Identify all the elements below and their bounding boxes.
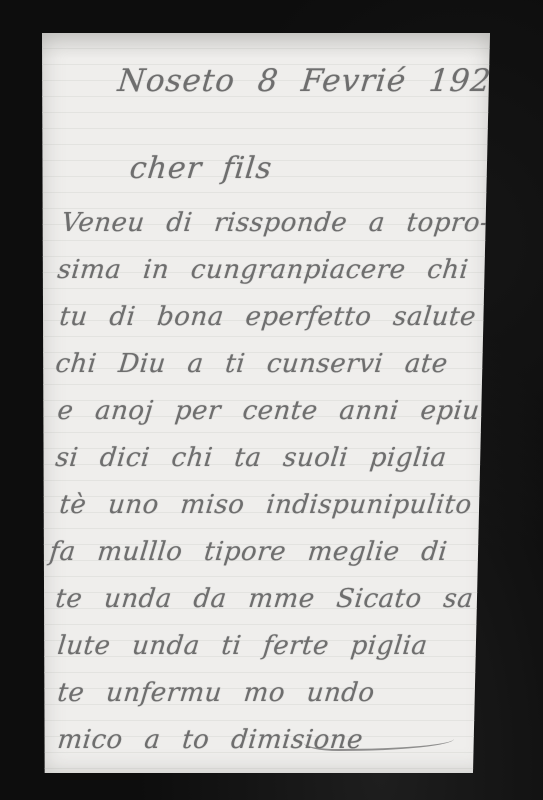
letter-page: Noseto 8 Fevrié 1926 cher fils Veneu di … bbox=[42, 33, 490, 773]
letter-body-line: lute unda ti ferte piglia bbox=[56, 631, 429, 661]
letter-body-line: e anoj per cente anni epiu bbox=[56, 396, 481, 426]
letter-body-line: tè uno miso indispunipulito bbox=[58, 490, 473, 520]
letter-body-line: tu di bona eperfetto salute bbox=[58, 302, 478, 332]
letter-body-line: fa mulllo tipore meglie di bbox=[48, 537, 449, 567]
pen-flourish bbox=[304, 733, 454, 751]
letter-body-line: Veneu di rissponde a topro- bbox=[60, 208, 491, 238]
letter-body-line: chi Diu a ti cunservi ate bbox=[54, 349, 449, 379]
scan-background: Noseto 8 Fevrié 1926 cher fils Veneu di … bbox=[0, 0, 543, 800]
letter-body-line: sima in cungranpiacere chi bbox=[56, 255, 470, 285]
letter-body-line: si dici chi ta suoli piglia bbox=[54, 443, 448, 473]
letter-salutation: cher fils bbox=[128, 151, 274, 186]
letter-dateline: Noseto 8 Fevrié 1926 bbox=[116, 63, 514, 99]
letter-body-line: te unfermu mo undo bbox=[56, 678, 376, 708]
letter-body-line: te unda da mme Sicato sa bbox=[54, 584, 475, 614]
